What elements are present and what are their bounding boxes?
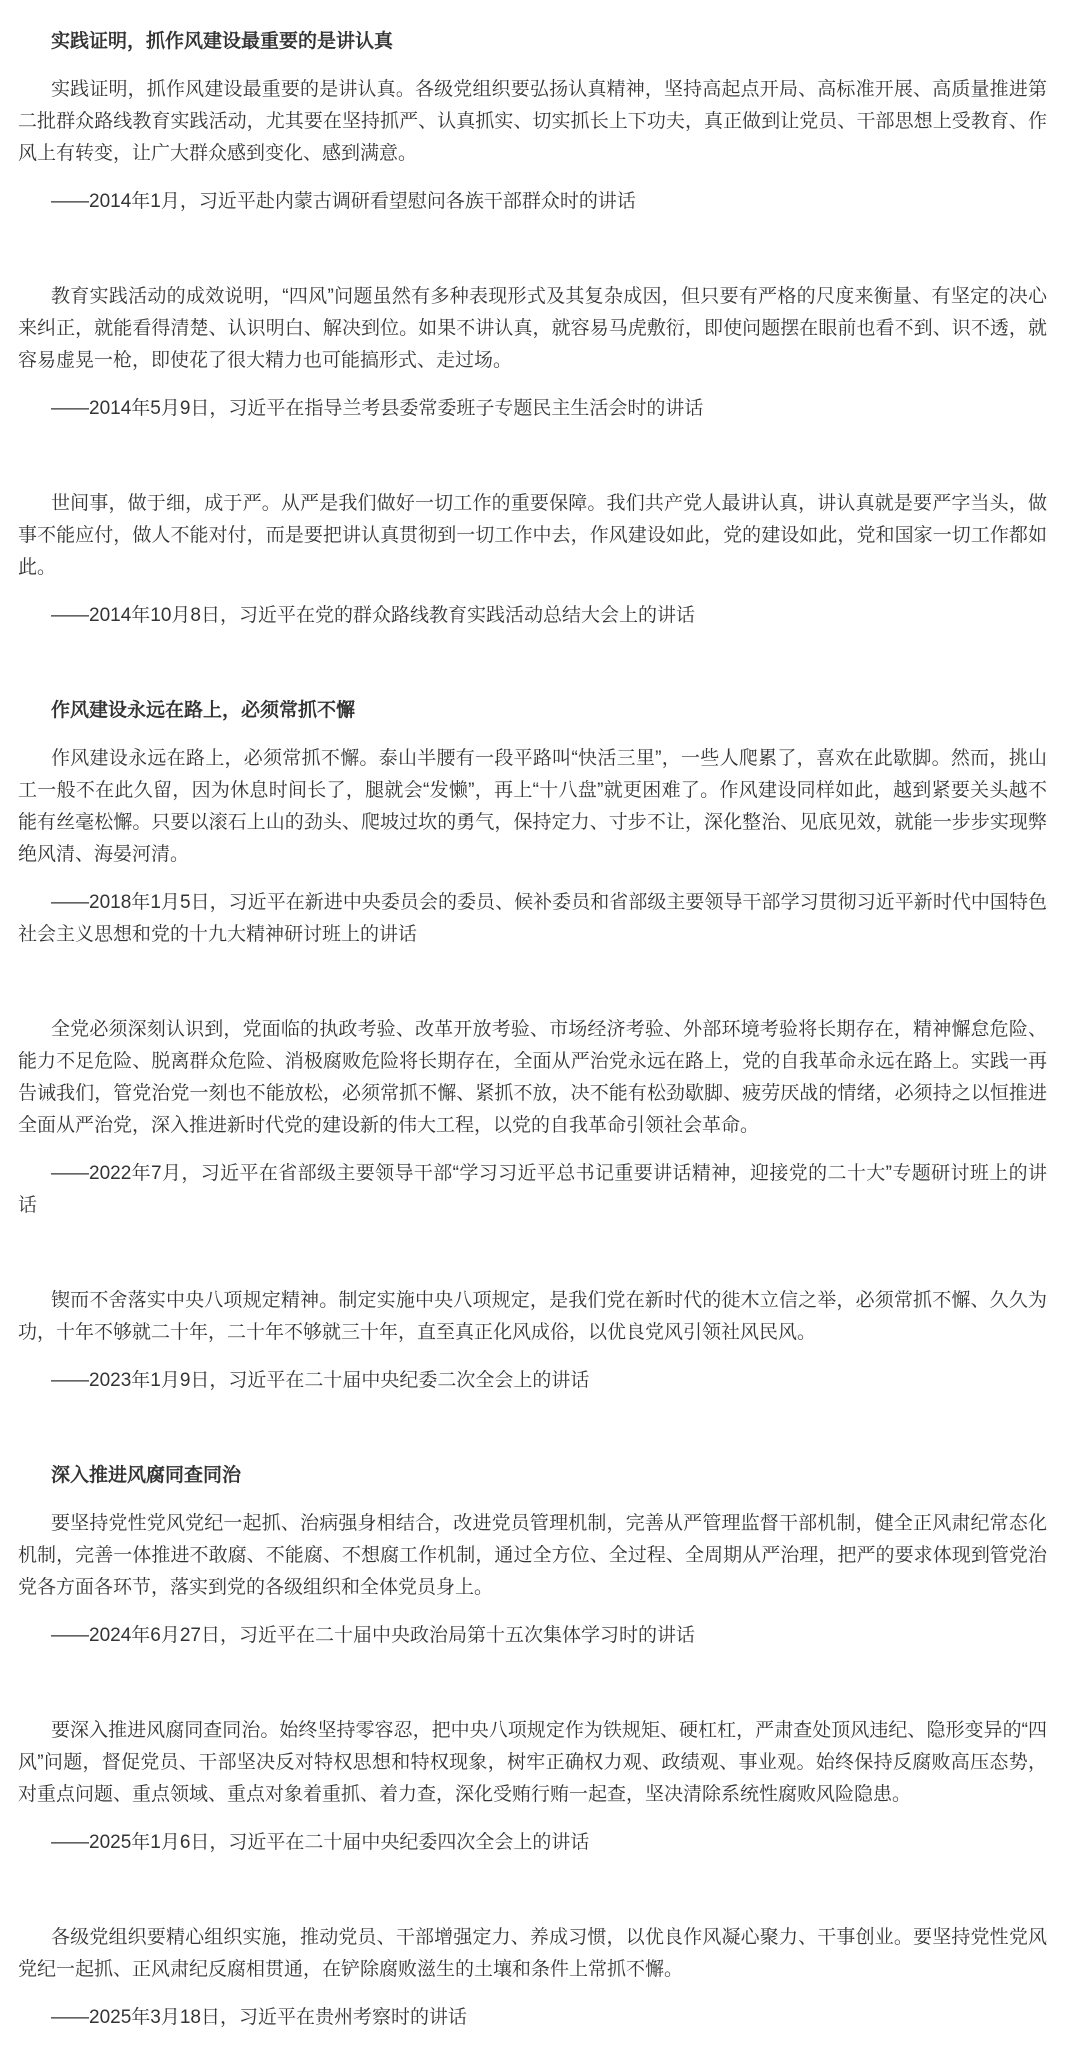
quote-source: ——2024年6月27日，习近平在二十届中央政治局第十五次集体学习时的讲话 <box>18 1620 1047 1652</box>
quote-paragraph: 各级党组织要精心组织实施，推动党员、干部增强定力、养成习惯，以优良作风凝心聚力、… <box>18 1922 1047 1986</box>
quote-source: ——2025年3月18日，习近平在贵州考察时的讲话 <box>18 2002 1047 2034</box>
quote-paragraph: 世间事，做于细，成于严。从严是我们做好一切工作的重要保障。我们共产党人最讲认真，… <box>18 488 1047 584</box>
quote-paragraph: 要坚持党性党风党纪一起抓、治病强身相结合，改进党员管理机制，完善从严管理监督干部… <box>18 1508 1047 1604</box>
section-heading-3: 深入推进风腐同查同治 <box>18 1460 1047 1492</box>
quote-source: ——2014年5月9日，习近平在指导兰考县委常委班子专题民主生活会时的讲话 <box>18 393 1047 425</box>
quote-source: ——2025年1月6日，习近平在二十届中央纪委四次全会上的讲话 <box>18 1827 1047 1859</box>
quote-source: ——2023年1月9日，习近平在二十届中央纪委二次全会上的讲话 <box>18 1365 1047 1397</box>
quote-source: ——2018年1月5日，习近平在新进中央委员会的委员、候补委员和省部级主要领导干… <box>18 887 1047 951</box>
quote-paragraph: 锲而不舍落实中央八项规定精神。制定实施中央八项规定，是我们党在新时代的徙木立信之… <box>18 1285 1047 1349</box>
quote-paragraph: 教育实践活动的成效说明，“四风”问题虽然有多种表现形式及其复杂成因，但只要有严格… <box>18 281 1047 377</box>
quote-source: ——2014年10月8日，习近平在党的群众路线教育实践活动总结大会上的讲话 <box>18 600 1047 632</box>
quote-source: ——2014年1月，习近平赴内蒙古调研看望慰问各族干部群众时的讲话 <box>18 186 1047 218</box>
quote-paragraph: 要深入推进风腐同查同治。始终坚持零容忍，把中央八项规定作为铁规矩、硬杠杠，严肃查… <box>18 1715 1047 1811</box>
section-heading-1: 实践证明，抓作风建设最重要的是讲认真 <box>18 26 1047 58</box>
section-heading-2: 作风建设永远在路上，必须常抓不懈 <box>18 695 1047 727</box>
quote-paragraph: 实践证明，抓作风建设最重要的是讲认真。各级党组织要弘扬认真精神，坚持高起点开局、… <box>18 74 1047 170</box>
quote-paragraph: 全党必须深刻认识到，党面临的执政考验、改革开放考验、市场经济考验、外部环境考验将… <box>18 1014 1047 1142</box>
quote-paragraph: 作风建设永远在路上，必须常抓不懈。泰山半腰有一段平路叫“快活三里”，一些人爬累了… <box>18 743 1047 871</box>
article-body: 实践证明，抓作风建设最重要的是讲认真 实践证明，抓作风建设最重要的是讲认真。各级… <box>0 0 1076 2054</box>
quote-source: ——2022年7月，习近平在省部级主要领导干部“学习习近平总书记重要讲话精神，迎… <box>18 1158 1047 1222</box>
